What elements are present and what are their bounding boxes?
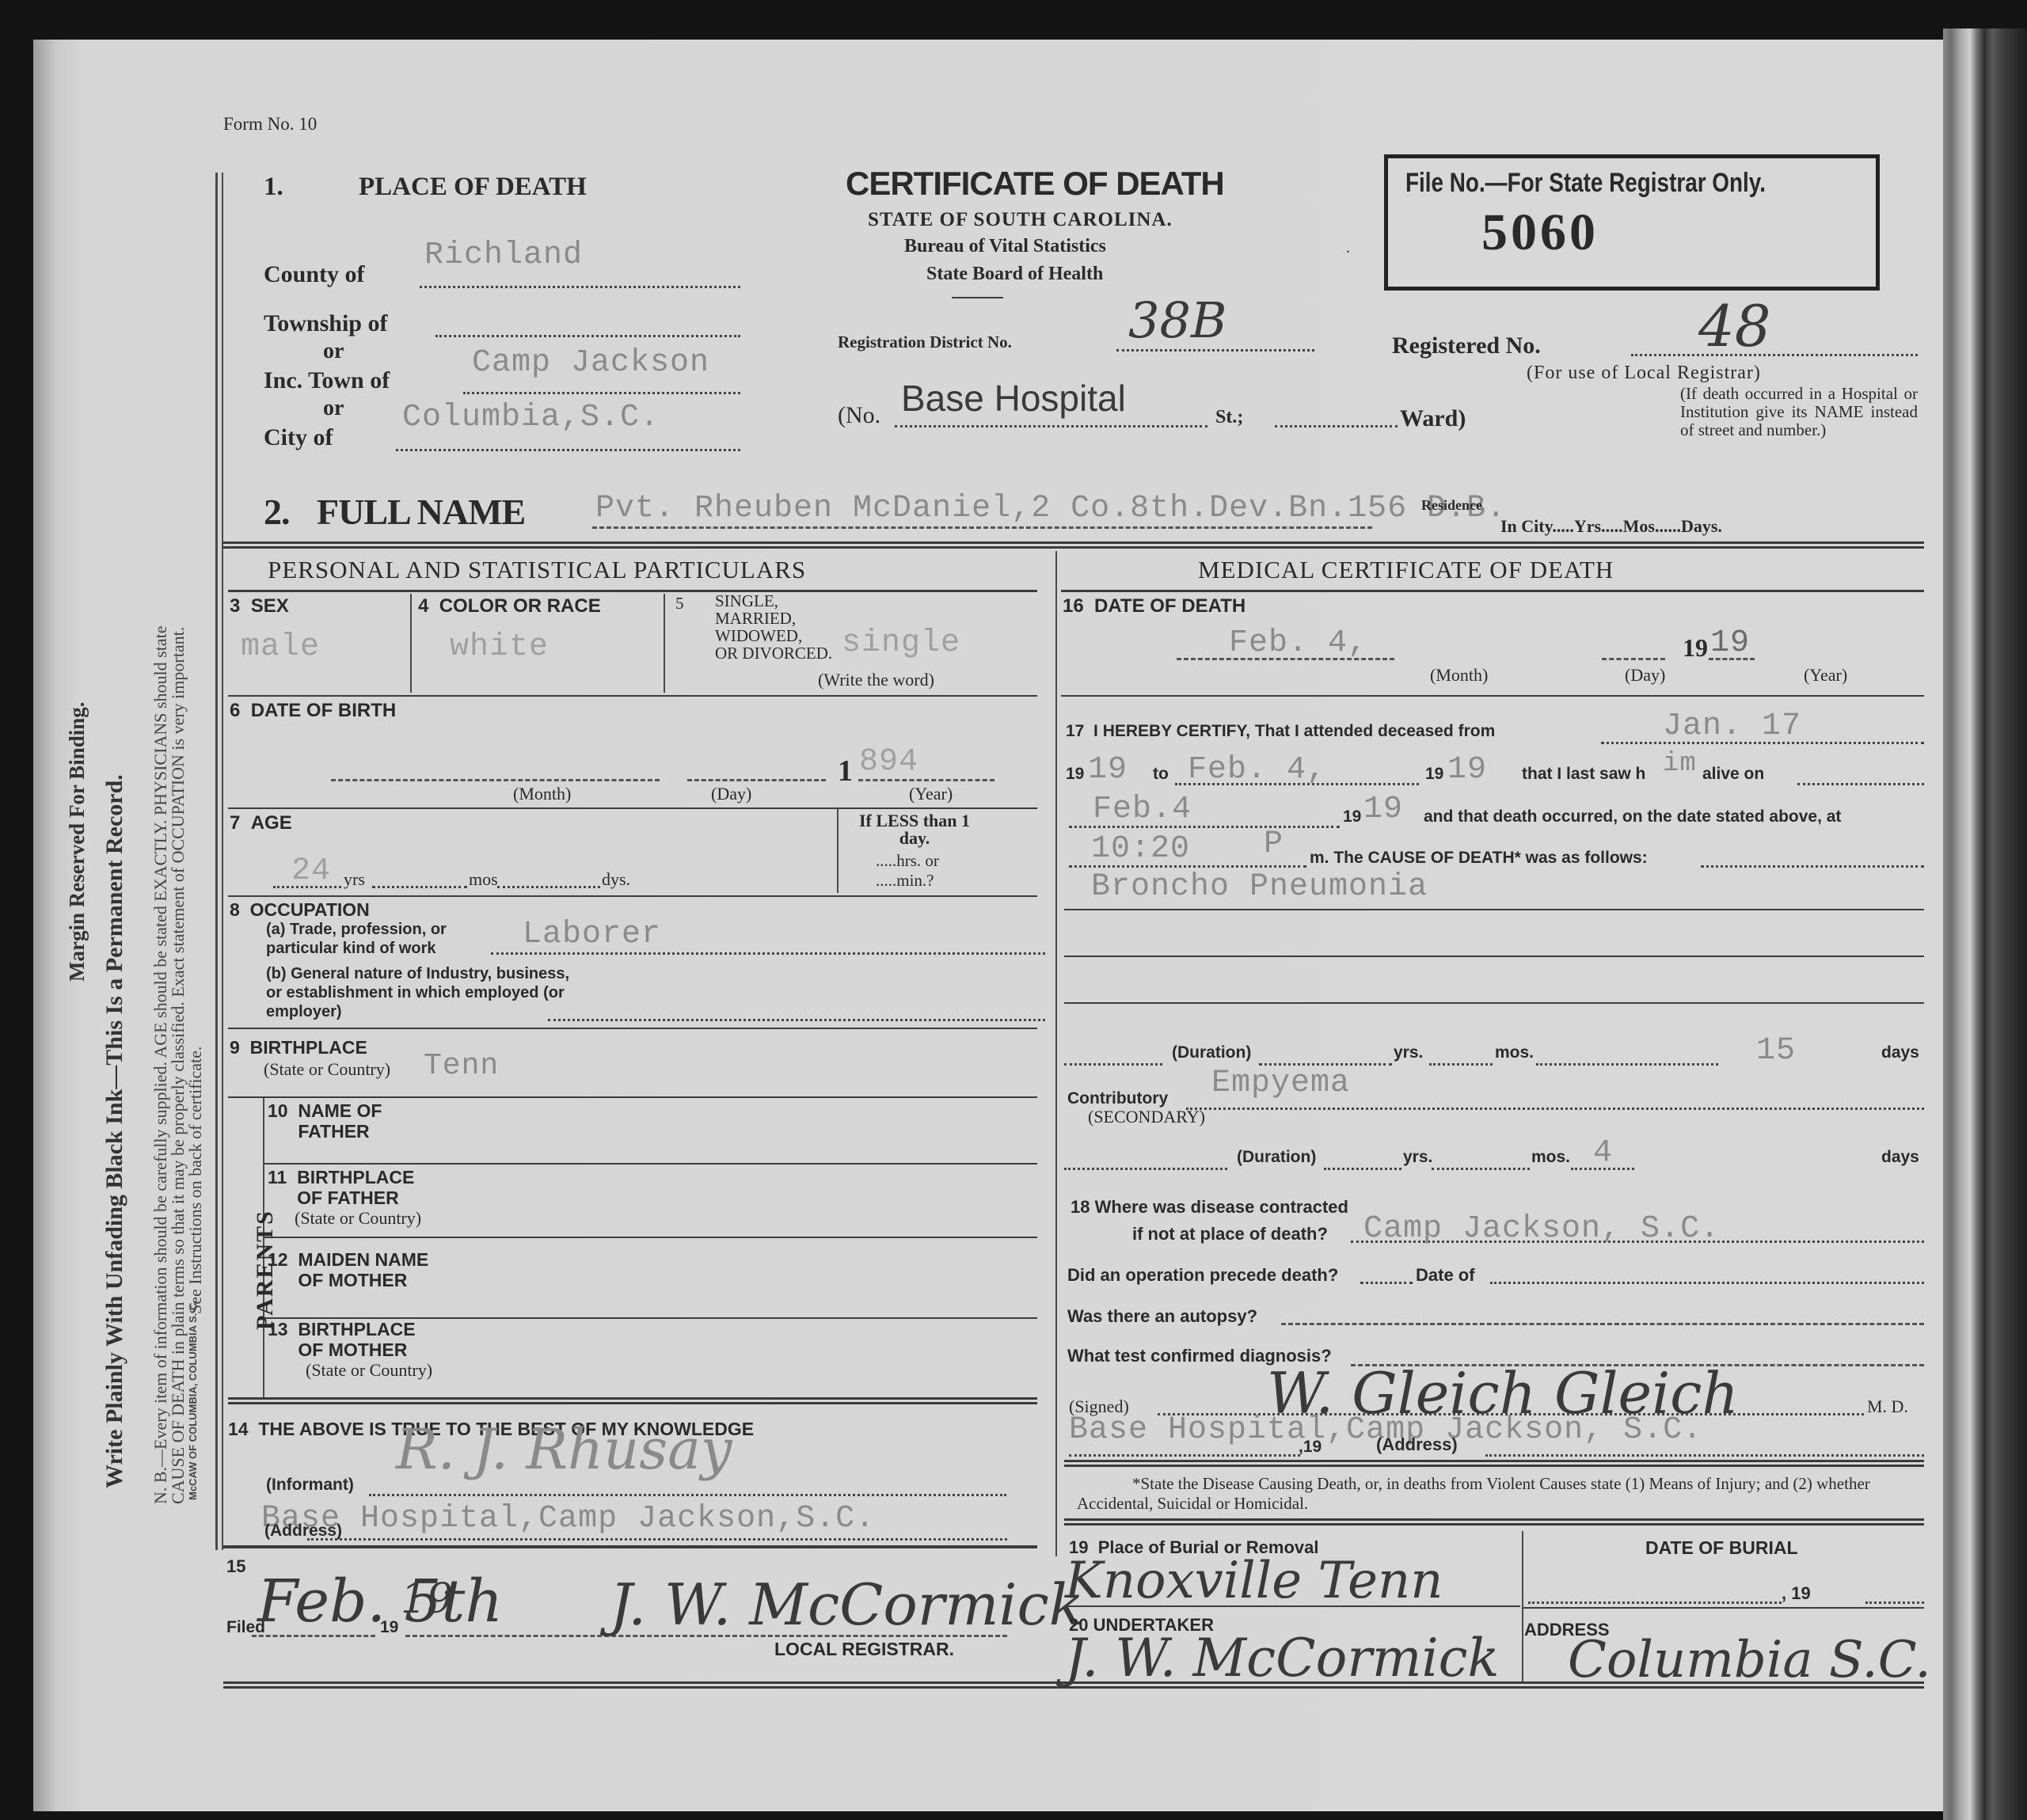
father-name-label-wrap: 10 NAME OF FATHER [268,1100,426,1142]
marital-widowed: WIDOWED, [715,627,832,644]
dob-label: DATE OF BIRTH [251,700,397,721]
margin-nb-line3: See Instructions on back of certificate. [185,1047,206,1314]
autopsy-label: Was there an autopsy? [1067,1306,1257,1327]
state-title: STATE OF SOUTH CAROLINA. [868,209,1173,231]
filed-year-value[interactable]: 19 [401,1575,453,1623]
burial-divider [1522,1531,1523,1681]
certify-yr-prefix: 19 [1066,765,1084,784]
registered-no-value[interactable]: 48 [1698,293,1771,359]
last-seen-yr-prefix: 19 [1343,807,1361,826]
row-rule-10 [264,1163,1037,1165]
age-num: 7 [230,812,240,834]
operation-line[interactable] [1360,1276,1413,1284]
marital-married: MARRIED, [715,610,832,627]
city-label: City of [264,424,333,451]
form-number: Form No. 10 [223,114,317,135]
township-label: Township of [264,310,387,337]
birthplace-num: 9 [230,1037,240,1058]
contributory-sub: (SECONDARY) [1088,1107,1205,1127]
sex-label: SEX [251,595,289,617]
local-registrar-note: (For use of Local Registrar) [1527,363,1761,384]
certify-text2: that I last saw h [1522,765,1645,784]
row-rule-4 [228,807,1037,809]
cause-yrs-label: yrs. [1394,1043,1423,1062]
certify-from-year[interactable]: 19 [1088,752,1128,788]
age-less-label: If LESS than 1 day. [859,812,970,847]
certify-to-line [1175,777,1419,785]
sex-value[interactable]: male [241,629,320,665]
cause-days-line [1536,1058,1718,1066]
contrib-mos-label: mos. [1531,1148,1570,1167]
marital-num: 5 [675,594,684,614]
medical-heading: MEDICAL CERTIFICATE OF DEATH [1198,556,1614,584]
contracted-label1-wrap: 18 Where was disease contracted [1071,1197,1348,1218]
age-label-wrap: 7 AGE [230,812,292,834]
cause-primary-value[interactable]: Broncho Pneumonia [1091,869,1428,905]
burial-year-prefix: , 19 [1782,1583,1811,1604]
left-frame-line [215,173,218,1550]
contributory-line [1186,1102,1924,1110]
dod-year-line [1709,651,1755,660]
burial-year-line[interactable] [1865,1596,1924,1604]
father-birthplace-sub: (State or Country) [295,1208,421,1229]
mother-name-label-wrap: 12 MAIDEN NAME OF MOTHER [268,1249,432,1290]
informant-address-line [307,1529,1007,1541]
parents-bottom-rule [228,1397,1037,1404]
race-num: 4 [418,595,428,617]
sex-race-divider [410,594,412,693]
birthplace-value[interactable]: Tenn [424,1049,499,1083]
undertaker-address-value[interactable]: Columbia S.C. [1568,1631,1931,1689]
physician-address-label: (Address) [1376,1434,1458,1455]
father-name-num: 10 [268,1100,288,1121]
cause-line-2[interactable] [1064,956,1924,957]
dob-year-prefix: 1 [838,754,853,788]
certificate-title: CERTIFICATE OF DEATH [846,165,1224,203]
med-rule-16 [1061,695,1924,697]
dod-label: DATE OF DEATH [1094,595,1245,617]
contributory-label: Contributory [1067,1089,1168,1108]
occupation-num: 8 [230,899,240,920]
age-min-label: .....min.? [876,871,934,891]
age-yrs-label: yrs [344,869,365,890]
filed-year-prefix: 19 [380,1618,398,1637]
contrib-duration-label: (Duration) [1237,1148,1316,1167]
footnote-bottom-rule [1064,1518,1924,1526]
reg-district-value[interactable]: 38B [1128,291,1226,349]
certify-pronoun[interactable]: im [1663,749,1697,779]
informant-num: 14 [228,1419,249,1439]
time-ampm[interactable]: P [1264,826,1284,862]
dod-label-wrap: 16 DATE OF DEATH [1063,595,1245,617]
dob-label-wrap: 6 DATE OF BIRTH [230,700,396,722]
md-label: M. D. [1867,1396,1908,1417]
margin-ink-note: Write Plainly With Unfading Black Ink—Th… [101,774,128,1488]
undertaker-value[interactable]: J. W. McCormick [1065,1628,1500,1689]
mother-name-label: MAIDEN NAME OF MOTHER [298,1249,432,1290]
county-label: County of [264,261,365,288]
dod-year-prefix: 19 [1683,633,1708,663]
operation-date-label: Date of [1416,1265,1475,1286]
burial-date-line[interactable] [1528,1596,1782,1604]
dob-day-line[interactable] [687,772,826,781]
place-of-death-heading: PLACE OF DEATH [359,173,587,202]
mother-birthplace-label: BIRTHPLACE OF MOTHER [298,1319,424,1360]
marital-hint: (Write the word) [818,670,934,690]
father-birthplace-label: BIRTHPLACE OF FATHER [297,1167,424,1208]
age-mos-label: mos [469,869,498,890]
marital-divorced: OR DIVORCED. [715,644,832,662]
row-rule-7 [228,1096,1037,1098]
physician-bottom-rule [1064,1460,1924,1467]
burial-place-line [1064,1605,1520,1607]
informant-line [369,1485,1006,1496]
dob-month-line[interactable] [331,772,660,781]
contrib-yrs-line[interactable] [1324,1162,1401,1170]
certify-text1: I HEREBY CERTIFY, That I attended deceas… [1093,722,1495,740]
cause-line-1[interactable] [1064,909,1924,910]
age-mos-line[interactable] [372,877,467,888]
row-rule-3 [228,695,1037,697]
birthplace-sub: (State or Country) [264,1059,390,1080]
personal-heading-rule [228,590,1037,592]
age-dys-label: dys. [602,869,630,890]
operation-label: Did an operation precede death? [1067,1265,1338,1286]
file-number-box: File No.—For State Registrar Only. 5060 [1384,154,1880,291]
dod-day-label: (Day) [1625,665,1665,686]
cause-days-value[interactable]: 15 [1756,1033,1796,1069]
race-label-wrap: 4 COLOR OR RACE [418,595,601,617]
burial-place-value[interactable]: Knoxville Tenn [1065,1552,1443,1610]
registered-no-line [1631,339,1918,356]
age-label: AGE [251,812,292,834]
city-value[interactable]: Columbia,S.C. [402,400,660,435]
last-seen-year[interactable]: 19 [1363,792,1403,827]
burial-date-label: DATE OF BURIAL [1645,1537,1798,1559]
age-dys-line[interactable] [497,877,600,888]
file-box-label: File No.—For State Registrar Only. [1405,168,1766,199]
mother-birthplace-sub: (State or Country) [306,1360,432,1381]
registrar-label: LOCAL REGISTRAR. [774,1639,954,1660]
physician-address-line [1485,1449,1924,1457]
dod-month-label: (Month) [1430,665,1488,686]
name-divider [223,541,1924,549]
cause-yrs-line[interactable] [1259,1058,1392,1066]
file-bullet: . [1346,239,1350,257]
occupation-b-label: (b) General nature of Industry, business… [266,964,575,1021]
filed-num: 15 [226,1556,245,1577]
margin-binding-note: Margin Reserved For Binding. [65,702,89,982]
burial-date-rule [1523,1607,1924,1609]
medical-heading-rule [1061,590,1924,592]
contrib-days-line [1571,1162,1634,1170]
operation-date-line[interactable] [1490,1276,1924,1284]
race-marital-divider [664,594,665,693]
sex-label-wrap: 3 SEX [230,595,289,617]
board-title: State Board of Health [926,264,1103,285]
certify-to-yr-prefix: 19 [1425,765,1443,784]
contrib-mos-line[interactable] [1432,1162,1530,1170]
occupation-label-wrap: 8 OCCUPATION [230,899,370,921]
contrib-yrs-label: yrs. [1403,1148,1432,1167]
file-number: 5060 [1481,203,1599,263]
certify-text5: m. The CAUSE OF DEATH* was as follows: [1310,849,1648,868]
left-frame-line-inner [222,173,223,1550]
street-prefix: (No. [838,402,880,429]
dod-month-line [1177,651,1394,660]
cause-days-label: days [1881,1043,1919,1062]
cause-duration-lead [1064,1058,1162,1066]
certify-to-label: to [1153,765,1169,784]
section-1-number: 1. [264,173,283,202]
marital-single: SINGLE, [715,592,832,610]
father-birthplace-label-wrap: 11 BIRTHPLACE OF FATHER [268,1167,424,1208]
father-name-label: NAME OF FATHER [298,1100,401,1142]
row-rule-11 [264,1237,1037,1238]
ward-label: Ward) [1400,405,1466,432]
residence-detail: In City.....Yrs.....Mos......Days. [1500,516,1722,537]
title-rule [952,297,1003,298]
full-name-label: FULL NAME [317,491,525,533]
mother-birthplace-num: 13 [268,1319,288,1339]
marital-value[interactable]: single [842,625,960,661]
cause-mos-label: mos. [1495,1043,1534,1062]
contracted-num: 18 [1071,1197,1090,1217]
hospital-note: (If death occurred in a Hospital or Inst… [1680,385,1918,439]
registrar-signature[interactable]: J. W. McCormick [610,1571,1083,1638]
certify-from-value[interactable]: Jan. 17 [1663,709,1801,744]
column-divider [1055,551,1057,1556]
certify-text3: alive on [1702,765,1764,784]
age-years-line [273,877,341,888]
personal-heading: PERSONAL AND STATISTICAL PARTICULARS [268,556,806,584]
occupation-label: OCCUPATION [250,899,370,920]
or-label-2: or [323,396,344,421]
bureau-title: Bureau of Vital Statistics [904,236,1106,257]
certify-alive-line [1797,777,1924,785]
mother-birthplace-label-wrap: 13 BIRTHPLACE OF MOTHER [268,1319,424,1360]
township-field-line[interactable] [435,318,740,337]
contracted-label2: if not at place of death? [1132,1224,1328,1244]
contrib-days-label: days [1881,1148,1919,1167]
contracted-label1: Where was disease contracted [1095,1197,1348,1217]
dob-num: 6 [230,700,240,721]
physician-date-line[interactable] [1069,1449,1300,1457]
informant-label: (Informant) [266,1476,354,1495]
age-less-divider [837,809,839,893]
dob-month-label: (Month) [513,784,571,804]
sex-num: 3 [230,595,240,617]
dod-day-line[interactable] [1602,651,1665,660]
dob-year-value[interactable]: 894 [859,744,918,780]
cause-intro-line [1701,860,1924,868]
marital-labels: SINGLE, MARRIED, WIDOWED, OR DIVORCED. [715,592,832,662]
occupation-b-line[interactable] [548,1009,1045,1021]
or-label-1: or [323,339,344,364]
time-value[interactable]: 10:20 [1091,831,1190,867]
age-hrs-label: .....hrs. or [876,851,939,871]
certify-num: 17 [1066,722,1084,740]
certify-text4: and that death occurred, on the date sta… [1424,807,1841,826]
occupation-a-label: (a) Trade, profession, or particular kin… [266,920,512,958]
row-rule-6 [228,1028,1037,1029]
informant-signature[interactable]: R. J. Rhusay [396,1417,732,1482]
contracted-value[interactable]: Camp Jackson, S.C. [1363,1211,1720,1247]
ward-field-line[interactable] [1275,410,1398,427]
dob-year-label: (Year) [909,784,953,804]
mother-name-num: 12 [268,1249,288,1270]
cause-duration-label: (Duration) [1172,1043,1251,1062]
race-label: COLOR OR RACE [439,595,601,617]
race-value[interactable]: white [450,629,549,665]
residence-label: Residence [1421,497,1482,514]
cause-line-3[interactable] [1064,1002,1924,1004]
physician-year-prefix: ,19 [1299,1438,1322,1457]
county-value[interactable]: Richland [424,237,583,273]
street-suffix: St.; [1215,407,1243,428]
dod-num: 16 [1063,595,1084,617]
informant-bottom-rule [223,1545,1037,1548]
occupation-a-value[interactable]: Laborer [523,917,661,952]
section-2-number: 2. [264,491,290,533]
autopsy-line[interactable] [1281,1317,1924,1325]
dod-year-label: (Year) [1804,665,1847,686]
birthplace-label-wrap: 9 BIRTHPLACE [230,1037,367,1058]
street-value-stamp[interactable]: Base Hospital [901,377,1126,420]
row-rule-5 [228,895,1037,897]
certify-to-year[interactable]: 19 [1447,752,1487,788]
father-birthplace-num: 11 [268,1167,287,1187]
contributory-value[interactable]: Empyema [1211,1066,1350,1101]
certify-text1-wrap: 17 I HEREBY CERTIFY, That I attended dec… [1066,722,1495,741]
dob-day-label: (Day) [711,784,751,804]
full-name-value[interactable]: Pvt. Rheuben McDaniel,2 Co.8th.Dev.Bn.15… [595,491,1506,526]
cause-mos-line[interactable] [1429,1058,1493,1066]
margin-printer: McCAW OF COLUMBIA, COLUMBIA S. C. [187,1300,199,1500]
last-seen-value[interactable]: Feb.4 [1093,792,1192,827]
book-binding-edge [1943,28,2027,1820]
contrib-duration-lead [1064,1162,1227,1170]
registered-no-label: Registered No. [1392,332,1541,359]
cause-footnote: *State the Disease Causing Death, or, in… [1077,1474,1908,1514]
birthplace-label: BIRTHPLACE [250,1037,367,1058]
town-label: Inc. Town of [264,367,390,394]
town-value[interactable]: Camp Jackson [472,345,709,381]
reg-district-label: Registration District No. [838,332,1012,352]
